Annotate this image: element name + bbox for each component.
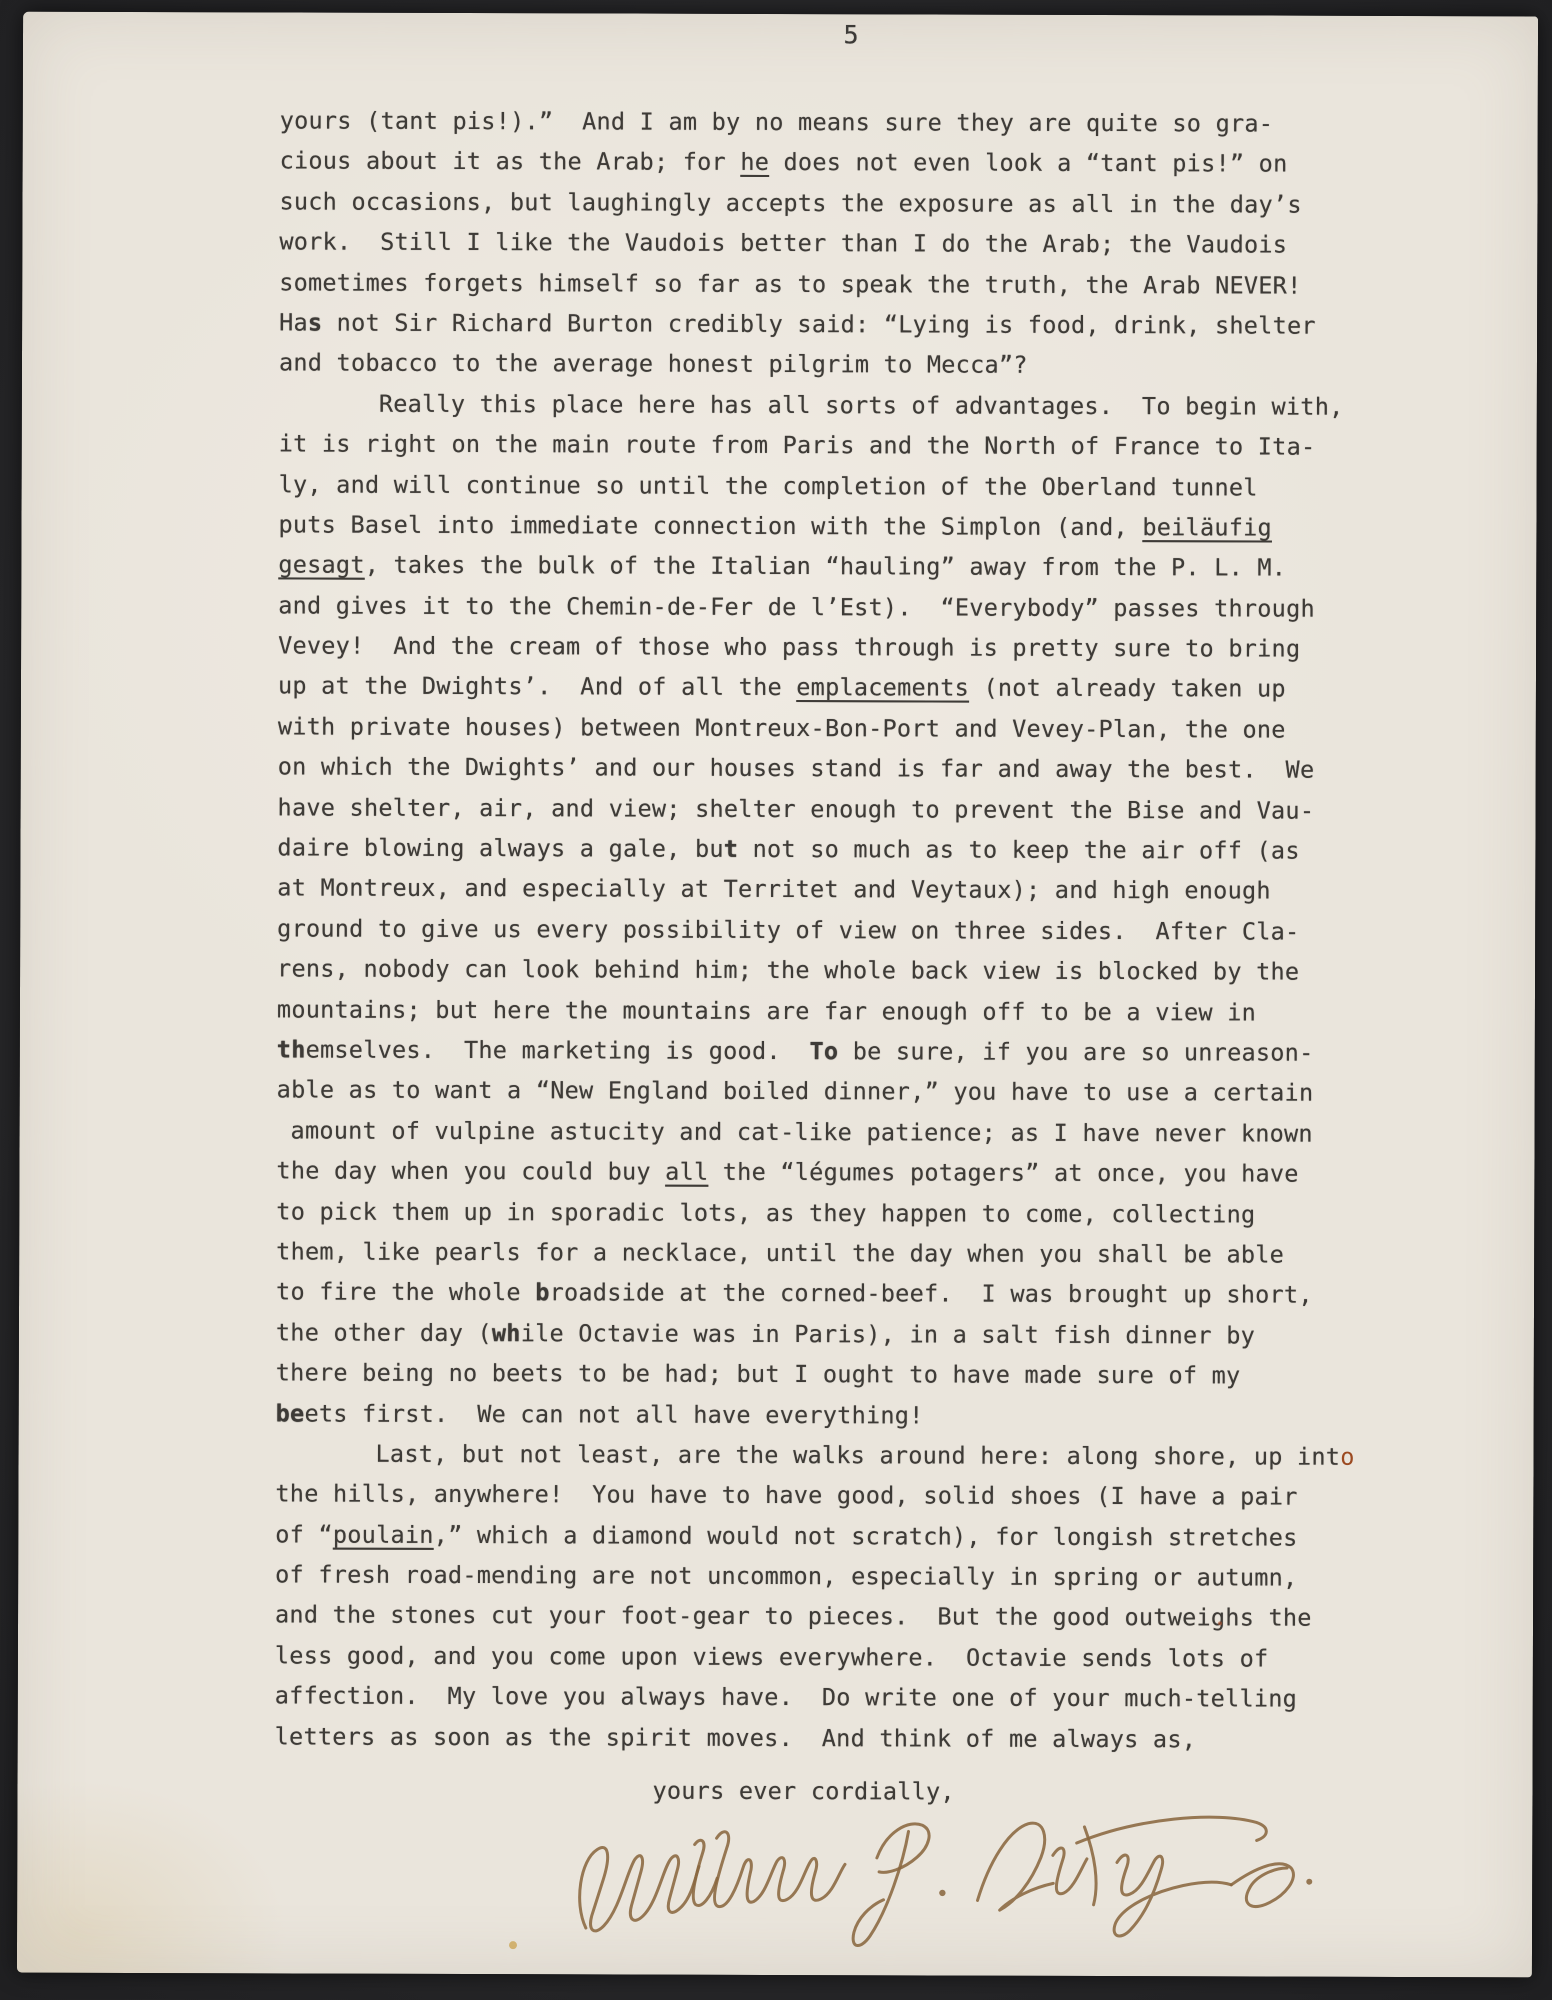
letter-line: and the stones cut your foot-gear to pie… (275, 1595, 1354, 1639)
letter-text-segment: Last, but not least, are the walks aroun… (376, 1440, 1341, 1471)
letter-text-segment: and the stones cut your foot-gear to pie… (275, 1601, 1312, 1632)
letter-line: beets first. We can not all have everyth… (276, 1393, 1355, 1437)
letter-text-segment: it is right on the main route from Paris… (279, 430, 1316, 461)
letter-text-segment: able as to want a “New England boiled di… (277, 1076, 1314, 1107)
letter-line: Really this place here has all sorts of … (279, 383, 1358, 427)
letter-text-segment: poulain (333, 1520, 434, 1548)
letter-line: less good, and you come upon views every… (275, 1635, 1354, 1679)
letter-line: such occasions, but laughingly accepts t… (279, 181, 1358, 225)
ink-stain-dot (509, 1941, 517, 1949)
letter-text-segment: be (276, 1399, 305, 1427)
letter-text-segment: there being no beets to be had; but I ou… (276, 1359, 1241, 1390)
letter-line: the other day (while Octavie was in Pari… (276, 1312, 1355, 1356)
letter-text-segment: letters as soon as the spirit moves. And… (275, 1722, 1197, 1753)
letter-page: 5 yours (tant pis!).” And I am by no mea… (17, 12, 1538, 1978)
letter-line: work. Still I like the Vaudois better th… (279, 222, 1358, 266)
letter-text-segment: yours (tant pis!).” And I am by no means… (280, 106, 1274, 137)
letter-text-segment: ile Octavie was in Paris), in a salt fis… (521, 1319, 1255, 1349)
letter-text-segment: ,” which a diamond would not scratch), f… (434, 1521, 1298, 1552)
letter-text-segment: Really this place here has all sorts of … (379, 389, 1344, 420)
letter-text-segment: daire blowing always a gale, bu (277, 833, 723, 862)
letter-text-segment: affection. My love you always have. Do w… (275, 1682, 1297, 1713)
letter-text-segment: Ha (279, 308, 308, 336)
letter-text-segment: ground to give us every possibility of v… (277, 914, 1299, 945)
letter-line: to pick them up in sporadic lots, as the… (276, 1191, 1355, 1235)
letter-text-segment: the “légumes potagers” at once, you have (708, 1158, 1298, 1188)
letter-text-segment: emplacements (796, 674, 969, 703)
letter-line: Vevey! And the cream of those who pass t… (278, 626, 1357, 670)
letter-text-segment: wh (492, 1319, 521, 1347)
scan-backdrop: { "page": { "number": "5" }, "colors": {… (0, 0, 1552, 2000)
letter-text-segment: mountains; but here the mountains are fa… (277, 995, 1256, 1026)
letter-line: ly, and will continue so until the compl… (279, 464, 1358, 508)
letter-line: affection. My love you always have. Do w… (275, 1676, 1354, 1720)
letter-line: at Montreux, and especially at Territet … (277, 868, 1356, 912)
letter-line: daire blowing always a gale, but not so … (277, 827, 1356, 871)
letter-line: them, like pearls for a necklace, until … (276, 1231, 1355, 1275)
letter-line: puts Basel into immediate connection wit… (278, 504, 1357, 548)
letter-text-segment: with private houses) between Montreux-Bo… (278, 712, 1286, 743)
letter-text-segment: not so much as to keep the air off (as (738, 835, 1300, 865)
letter-text-segment: at Montreux, and especially at Territet … (277, 874, 1271, 905)
letter-line: Last, but not least, are the walks aroun… (275, 1433, 1354, 1477)
letter-text-segment: such occasions, but laughingly accepts t… (279, 187, 1301, 218)
letter-line: sometimes forgets himself so far as to s… (279, 262, 1358, 306)
letter-text-segment: ly, and will continue so until the compl… (279, 470, 1258, 501)
letter-line: to fire the whole broadside at the corne… (276, 1272, 1355, 1316)
letter-line: it is right on the main route from Paris… (279, 424, 1358, 468)
letter-text-segment: cious about it as the Arab; for (280, 147, 741, 176)
letter-text-segment: less good, and you come upon views every… (275, 1641, 1269, 1672)
letter-line: rens, nobody can look behind him; the wh… (277, 949, 1356, 993)
letter-text-segment: sometimes forgets himself so far as to s… (279, 268, 1301, 299)
letter-text-segment: Vevey! And the cream of those who pass t… (278, 632, 1300, 663)
letter-text-segment: t (724, 835, 738, 863)
letter-line: able as to want a “New England boiled di… (277, 1070, 1356, 1114)
letter-line: letters as soon as the spirit moves. And… (275, 1716, 1354, 1760)
letter-text-segment: To (810, 1037, 839, 1065)
letter-text-segment: does not even look a “tant pis!” on (769, 148, 1287, 178)
letter-line: and gives it to the Chemin-de-Fer de l’E… (278, 585, 1357, 629)
letter-line: of fresh road-mending are not uncommon, … (275, 1554, 1354, 1598)
letter-text-segment: all (665, 1158, 708, 1186)
ink-speck (1218, 1621, 1222, 1625)
letter-line: with private houses) between Montreux-Bo… (278, 706, 1357, 750)
letter-text-segment: roadside at the corned-beef. I was broug… (550, 1279, 1313, 1309)
letter-text-segment: the hills, anywhere! You have to have go… (275, 1480, 1297, 1511)
letter-line: yours (tant pis!).” And I am by no means… (280, 100, 1359, 144)
letter-line: mountains; but here the mountains are fa… (277, 989, 1356, 1033)
signature-ink (556, 1795, 1378, 1967)
letter-text-segment: amount of vulpine astucity and cat-like … (291, 1116, 1313, 1147)
letter-text-segment: not Sir Richard Burton credibly said: “L… (322, 309, 1316, 340)
letter-text-segment: of fresh road-mending are not uncommon, … (275, 1560, 1297, 1591)
letter-text-segment: (not already taken up (969, 674, 1286, 703)
letter-line: up at the Dwights’. And of all the empla… (278, 666, 1357, 710)
letter-line: gesagt, takes the bulk of the Italian “h… (278, 545, 1357, 589)
letter-text-segment: the other day ( (276, 1318, 492, 1347)
letter-text-segment: puts Basel into immediate connection wit… (278, 510, 1142, 541)
letter-body: yours (tant pis!).” And I am by no means… (275, 100, 1359, 1759)
letter-text-segment: th (277, 1035, 306, 1063)
letter-line: amount of vulpine astucity and cat-like … (277, 1110, 1356, 1154)
signature (556, 1795, 1378, 1967)
letter-line: cious about it as the Arab; for he does … (280, 141, 1359, 185)
letter-text-segment: o (1340, 1443, 1354, 1471)
letter-text-segment: rens, nobody can look behind him; the wh… (277, 955, 1299, 986)
letter-text-segment: he (740, 148, 769, 176)
letter-line: themselves. The marketing is good. To be… (277, 1029, 1356, 1073)
letter-text-segment: b (535, 1279, 549, 1307)
letter-line: ground to give us every possibility of v… (277, 908, 1356, 952)
letter-line: of “poulain,” which a diamond would not … (275, 1514, 1354, 1558)
letter-text-segment: on which the Dwights’ and our houses sta… (278, 753, 1315, 784)
letter-text-segment: beiläufig (1142, 513, 1272, 541)
letter-text-segment: to fire the whole (276, 1278, 535, 1307)
letter-line: Has not Sir Richard Burton credibly said… (279, 302, 1358, 346)
letter-text-segment: of “ (275, 1520, 333, 1548)
letter-text-segment: , takes the bulk of the Italian “hauling… (365, 551, 1287, 582)
letter-line: have shelter, air, and view; shelter eno… (278, 787, 1357, 831)
letter-line: on which the Dwights’ and our houses sta… (278, 747, 1357, 791)
letter-text-segment: work. Still I like the Vaudois better th… (279, 228, 1287, 259)
letter-text-segment: and tobacco to the average honest pilgri… (279, 349, 1028, 379)
letter-text-segment: ets first. We can not all have everythin… (304, 1399, 923, 1429)
letter-line: the hills, anywhere! You have to have go… (275, 1474, 1354, 1518)
letter-line: there being no beets to be had; but I ou… (276, 1353, 1355, 1397)
letter-text-segment: and gives it to the Chemin-de-Fer de l’E… (278, 591, 1315, 622)
letter-text-segment: the day when you could buy (276, 1157, 665, 1186)
letter-line: and tobacco to the average honest pilgri… (279, 343, 1358, 387)
letter-text-segment: them, like pearls for a necklace, until … (276, 1237, 1284, 1268)
letter-text-segment: s (308, 308, 322, 336)
letter-text-segment: have shelter, air, and view; shelter eno… (278, 793, 1315, 824)
letter-text-segment: to pick them up in sporadic lots, as the… (276, 1197, 1255, 1228)
page-number: 5 (821, 20, 881, 49)
letter-line: the day when you could buy all the “légu… (276, 1151, 1355, 1195)
letter-text-segment: gesagt (278, 551, 364, 579)
letter-text-segment: be sure, if you are so unreason- (838, 1037, 1313, 1066)
letter-text-segment: up at the Dwights’. And of all the (278, 672, 796, 702)
letter-text-segment: emselves. The marketing is good. (306, 1036, 810, 1066)
